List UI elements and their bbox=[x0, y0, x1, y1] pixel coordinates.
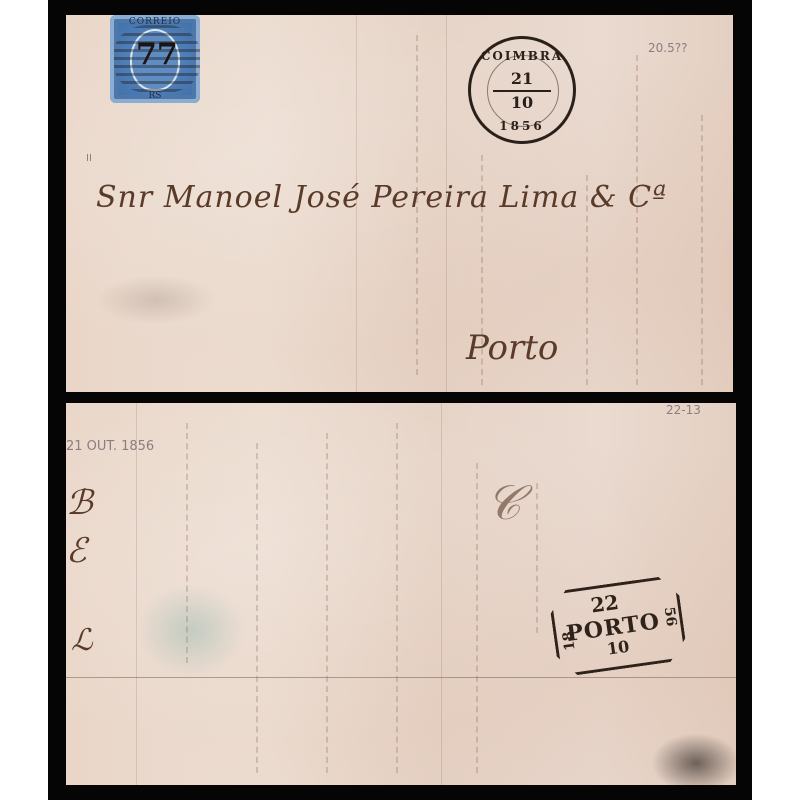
fold-line bbox=[136, 403, 137, 785]
arrival-year-right: 56 bbox=[660, 606, 679, 628]
bleed-through-script bbox=[326, 433, 329, 773]
cancel-number: 77 bbox=[136, 37, 176, 72]
pencil-date: 21 OUT. 1856 bbox=[66, 439, 154, 454]
pencil-mark: II bbox=[86, 153, 92, 164]
bleed-through-script bbox=[636, 55, 639, 385]
handwriting-fragment: ℒ bbox=[71, 623, 93, 658]
corner-damage bbox=[651, 733, 736, 785]
porto-arrival-postmark: 22 18 PORTO 56 10 bbox=[548, 574, 689, 677]
bleed-through-script bbox=[186, 423, 189, 663]
postmark-day: 21 bbox=[471, 69, 573, 88]
postage-stamp: CORREIO 77 RS bbox=[110, 15, 200, 103]
faint-script: 𝒞 bbox=[486, 475, 521, 532]
stamp-top-text: CORREIO bbox=[120, 17, 190, 27]
postmark-month: 10 bbox=[471, 93, 573, 112]
pencil-ref: 22-13 bbox=[666, 403, 701, 417]
blue-offset-stain bbox=[136, 583, 246, 678]
handwriting-fragment: ℰ bbox=[66, 531, 87, 571]
bleed-through-script bbox=[256, 443, 259, 773]
postmark-divider bbox=[493, 90, 551, 92]
ink-smudge bbox=[96, 275, 216, 325]
cover-back: 21 OUT. 1856 22-13 ℬ ℰ ℒ 𝒞 22 18 PORTO 5… bbox=[66, 403, 736, 785]
stamp-bottom-text: RS bbox=[120, 91, 190, 101]
arrival-month: 10 bbox=[606, 637, 631, 659]
postmark-year: 1856 bbox=[471, 119, 573, 133]
bleed-through-script bbox=[396, 423, 399, 773]
bleed-through-script bbox=[536, 483, 539, 633]
fold-line bbox=[441, 403, 442, 785]
handwriting-fragment: ℬ bbox=[66, 483, 93, 523]
bleed-through-script bbox=[476, 463, 479, 773]
address-line-2: Porto bbox=[466, 328, 558, 368]
address-line-1: Snr Manoel José Pereira Lima & Cª bbox=[96, 180, 667, 215]
cover-front: CORREIO 77 RS COIMBRA 21 10 1856 20.5?? … bbox=[66, 15, 733, 392]
bleed-through-script bbox=[701, 115, 704, 385]
pencil-note: 20.5?? bbox=[648, 41, 687, 55]
flap-seam bbox=[66, 677, 736, 678]
coimbra-postmark: COIMBRA 21 10 1856 bbox=[468, 36, 576, 144]
postmark-town: COIMBRA bbox=[471, 49, 573, 63]
